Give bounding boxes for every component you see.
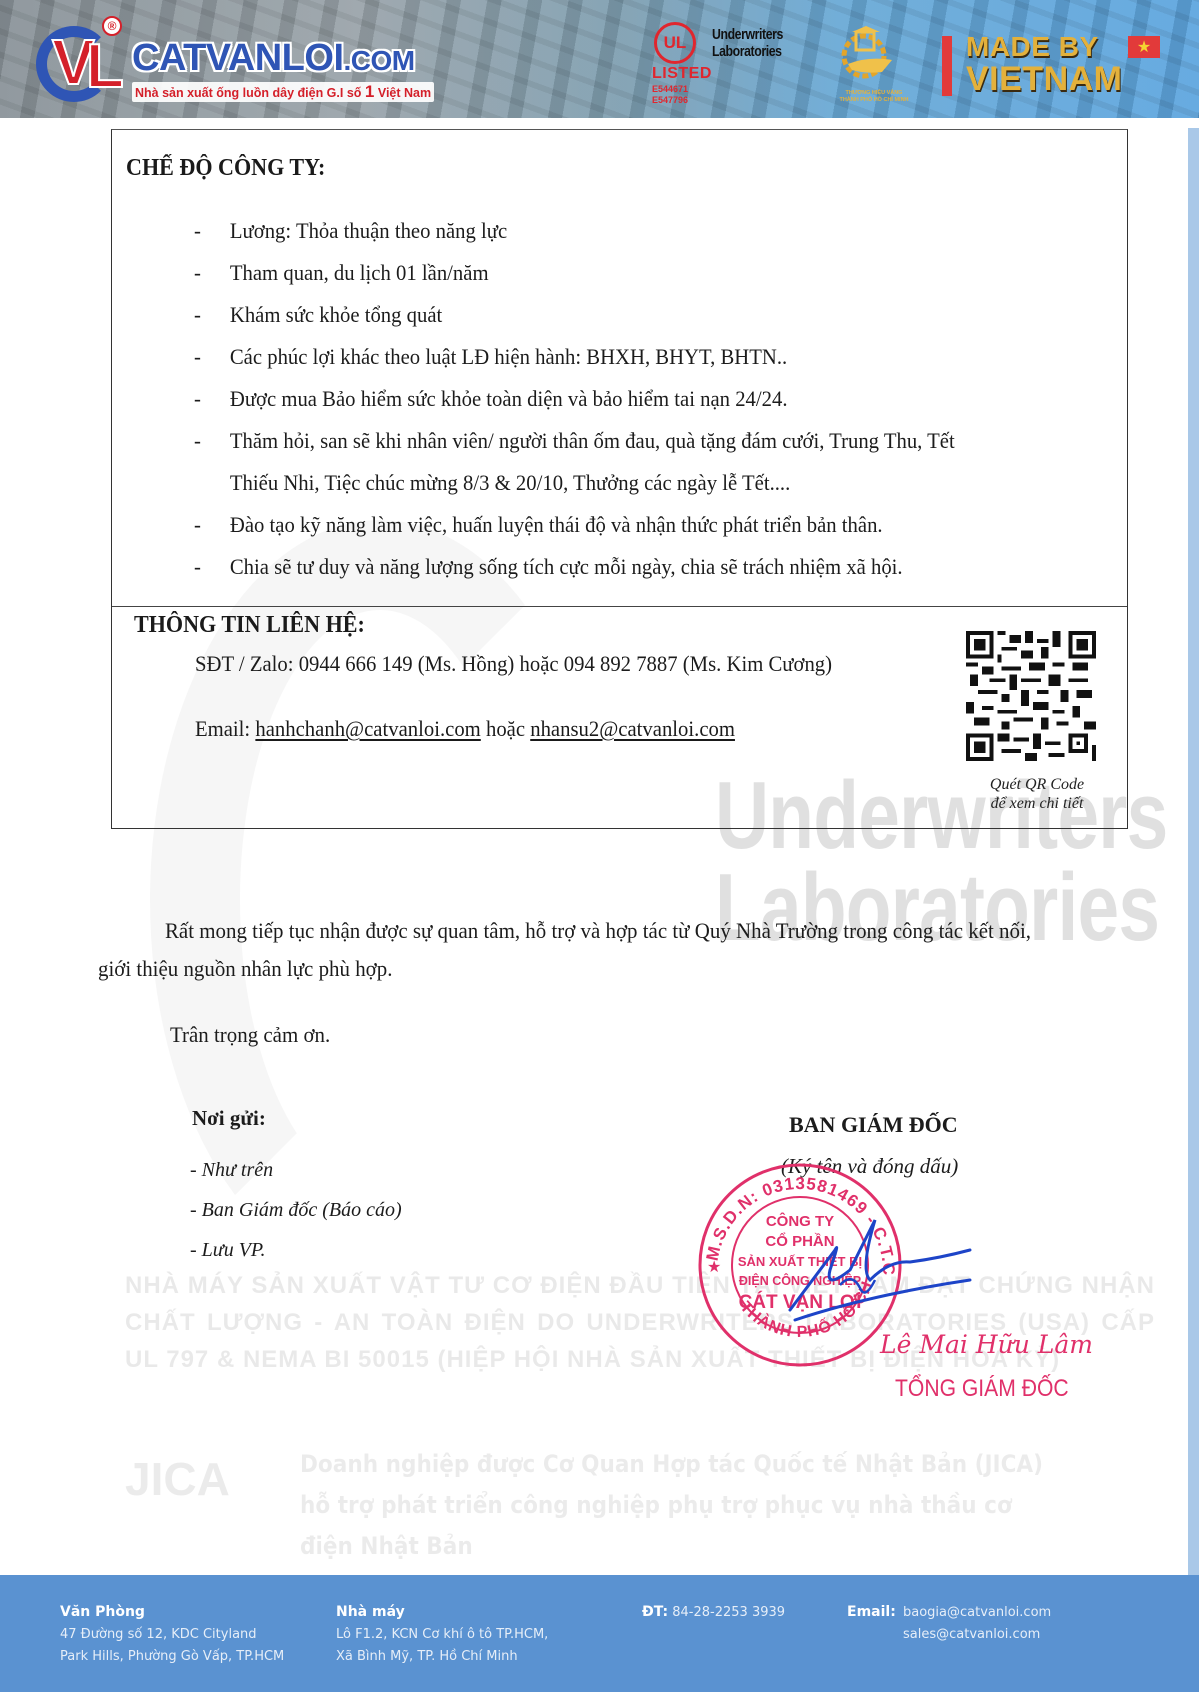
benefit-item-continuation: Thiếu Nhi, Tiệc chúc mừng 8/3 & 20/10, T… [194, 462, 1040, 504]
ul-org-line: Underwriters [712, 26, 783, 43]
benefit-text: Được mua Bảo hiểm sức khỏe toàn diện và … [230, 386, 788, 411]
ul-org-line: Laboratories [712, 43, 783, 60]
ul-code: E547796 [652, 95, 688, 106]
benefits-list: -Lương: Thỏa thuận theo năng lực -Tham q… [194, 210, 1114, 588]
golden-brand-caption: THƯƠNG HIỆU VÀNG THÀNH PHỐ HỒ CHÍ MINH [824, 90, 924, 104]
or-text: hoặc [514, 651, 563, 676]
tagline-number: 1 [365, 82, 374, 101]
benefit-text: Chia sẽ tư duy và năng lượng sống tích c… [230, 554, 903, 579]
made-by-vietnam-text: MADE BY VIETNAM [966, 32, 1123, 96]
benefit-text: Thiếu Nhi, Tiệc chúc mừng 8/3 & 20/10, T… [230, 470, 790, 495]
footer-factory: Nhà máy Lô F1.2, KCN Cơ khí ô tô TP.HCM,… [336, 1601, 548, 1668]
qr-caption-line: để xem chi tiết [974, 794, 1100, 813]
office-address-line: 47 Đường số 12, KDC Cityland [60, 1627, 257, 1642]
footer-office: Văn Phòng 47 Đường số 12, KDC Cityland P… [60, 1601, 284, 1668]
ul-organization-name: Underwriters Laboratories [712, 26, 783, 60]
bullet-dash: - [194, 546, 201, 588]
contact-email-line: Email: hanhchanh@catvanloi.com hoặc nhan… [195, 716, 735, 742]
section-divider [112, 606, 1127, 607]
made-by-vietnam-badge: MADE BY VIETNAM ★ [942, 32, 1162, 104]
catvanloi-logo[interactable]: V L ® CATVANLOI.COM Nhà sản xuất ống luồ… [36, 16, 436, 108]
brand-domain-suffix: .COM [344, 45, 415, 76]
brand-name: CATVANLOI.COM [132, 38, 415, 81]
golden-brand-line: THƯƠNG HIỆU VÀNG [824, 90, 924, 97]
benefits-heading: CHẾ ĐỘ CÔNG TY: [126, 155, 325, 182]
tagline-suffix: Việt Nam [374, 86, 431, 100]
made-by-line: MADE BY [966, 31, 1099, 62]
benefit-item: -Khám sức khỏe tổng quát [194, 294, 1040, 336]
recipients-list: - Như trên - Ban Giám đốc (Báo cáo) - Lư… [190, 1150, 402, 1270]
benefit-text: Thăm hỏi, san sẽ khi nhân viên/ người th… [230, 428, 955, 453]
handwritten-signature [780, 1210, 980, 1330]
tagline-prefix: Nhà sản xuất ống luồn dây điện G.I số [135, 86, 365, 100]
ul-file-numbers: E544671 E547796 [652, 84, 688, 106]
recipient-item: - Lưu VP. [190, 1230, 402, 1270]
letterhead-banner: V L ® CATVANLOI.COM Nhà sản xuất ống luồ… [0, 0, 1199, 128]
benefit-text: Tham quan, du lịch 01 lần/năm [230, 260, 489, 285]
right-page-edge [1188, 128, 1199, 1575]
office-heading: Văn Phòng [60, 1604, 145, 1620]
recipient-item: - Như trên [190, 1150, 402, 1190]
benefit-item: -Các phúc lợi khác theo luật LĐ hiện hàn… [194, 336, 1040, 378]
footer-email-baogia[interactable]: baogia@catvanloi.com [903, 1605, 1051, 1620]
footer-phone: ĐT: 84-28-2253 3939 [642, 1601, 785, 1624]
contact-heading: THÔNG TIN LIÊN HỆ: [134, 612, 365, 639]
factory-heading: Nhà máy [336, 1604, 405, 1620]
benefit-item: -Thăm hỏi, san sẽ khi nhân viên/ người t… [194, 420, 1040, 462]
ul-listed-label: LISTED [652, 66, 712, 82]
bullet-dash: - [194, 378, 201, 420]
golden-brand-badge: THƯƠNG HIỆU VÀNG THÀNH PHỐ HỒ CHÍ MINH [828, 26, 918, 118]
closing-paragraph: Rất mong tiếp tục nhận được sự quan tâm,… [98, 912, 1056, 988]
contact-phone-line: SĐT / Zalo: 0944 666 149 (Ms. Hồng) hoặc… [195, 651, 832, 677]
footer-email-sales[interactable]: sales@catvanloi.com [847, 1624, 1051, 1646]
ul-code: E544671 [652, 84, 688, 95]
brand-text: CATVANLOI [132, 37, 344, 79]
watermark-certification-text: NHÀ MÁY SẢN XUẤT VẬT TƯ CƠ ĐIỆN ĐẦU TIÊN… [125, 1267, 1155, 1378]
qr-caption: Quét QR Code để xem chi tiết [974, 775, 1100, 813]
email-link-hanhchanh[interactable]: hanhchanh@catvanloi.com [255, 716, 480, 741]
benefit-item: -Lương: Thỏa thuận theo năng lực [194, 210, 1040, 252]
ul-logo-icon: UL [654, 22, 696, 64]
bullet-dash: - [194, 210, 201, 252]
vietnam-line: VIETNAM [966, 62, 1123, 96]
benefit-item: -Được mua Bảo hiểm sức khỏe toàn diện và… [194, 378, 1040, 420]
board-of-directors-title: BAN GIÁM ĐỐC [789, 1112, 958, 1138]
phone-number-1[interactable]: 0944 666 149 (Ms. Hồng) [299, 651, 515, 676]
thanks-line: Trân trọng cảm ơn. [170, 1022, 330, 1048]
bullet-dash: - [194, 504, 201, 546]
paper-edge [0, 118, 1199, 128]
qr-code[interactable] [965, 631, 1097, 761]
email-link-nhansu2[interactable]: nhansu2@catvanloi.com [530, 716, 735, 741]
paper-bottom-edge [0, 1692, 1199, 1697]
registered-trademark-icon: ® [102, 16, 122, 36]
watermark-jica-logo: JICA [125, 1455, 230, 1503]
vietnam-flag-icon: ★ [1128, 36, 1160, 58]
brand-tagline: Nhà sản xuất ống luồn dây điện G.I số 1 … [132, 82, 434, 102]
phone-label: ĐT: [642, 1604, 668, 1620]
benefit-text: Đào tạo kỹ năng làm việc, huấn luyện thá… [230, 512, 883, 537]
letterhead-footer: Văn Phòng 47 Đường số 12, KDC Cityland P… [0, 1575, 1199, 1697]
recipients-heading: Nơi gửi: [192, 1106, 266, 1131]
qr-caption-line: Quét QR Code [974, 775, 1100, 794]
office-address-line: Park Hills, Phường Gò Vấp, TP.HCM [60, 1649, 284, 1664]
phone-number-2[interactable]: 094 892 7887 (Ms. Kim Cương) [564, 651, 832, 676]
benefit-text: Lương: Thỏa thuận theo năng lực [230, 218, 507, 243]
footer-phone-number[interactable]: 84-28-2253 3939 [668, 1605, 785, 1620]
email-label: Email: [195, 716, 255, 741]
benefit-item: -Đào tạo kỹ năng làm việc, huấn luyện th… [194, 504, 1040, 546]
logo-letter-l: L [86, 36, 124, 98]
recipient-item: - Ban Giám đốc (Báo cáo) [190, 1190, 402, 1230]
phone-label: SĐT / Zalo: [195, 651, 299, 676]
bullet-dash: - [194, 420, 201, 462]
red-accent-bar [942, 36, 952, 96]
benefit-item: -Chia sẽ tư duy và năng lượng sống tích … [194, 546, 1040, 588]
or-text: hoặc [481, 716, 530, 741]
bullet-dash: - [194, 294, 201, 336]
signer-name: Lê Mai Hữu Lâm [880, 1330, 1093, 1359]
footer-email: Email:baogia@catvanloi.com sales@catvanl… [847, 1601, 1051, 1646]
bullet-dash: - [194, 252, 201, 294]
benefit-text: Khám sức khỏe tổng quát [230, 302, 442, 327]
benefit-item: -Tham quan, du lịch 01 lần/năm [194, 252, 1040, 294]
bullet-dash: - [194, 336, 201, 378]
cvl-logo-icon: V L ® [36, 22, 126, 104]
factory-address-line: Xã Bình Mỹ, TP. Hồ Chí Minh [336, 1649, 518, 1664]
signer-title: TỔNG GIÁM ĐỐC [895, 1376, 1069, 1402]
factory-address-line: Lô F1.2, KCN Cơ khí ô tô TP.HCM, [336, 1627, 548, 1642]
watermark-jica-text: Doanh nghiệp được Cơ Quan Hợp tác Quốc t… [300, 1444, 1056, 1567]
golden-brand-line: THÀNH PHỐ HỒ CHÍ MINH [824, 97, 924, 104]
company-info-box: CHẾ ĐỘ CÔNG TY: -Lương: Thỏa thuận theo … [111, 129, 1128, 829]
benefit-text: Các phúc lợi khác theo luật LĐ hiện hành… [230, 344, 787, 369]
ul-listed-badge: UL LISTED E544671 E547796 Underwriters L… [652, 22, 802, 118]
golden-brand-icon [838, 26, 896, 82]
svg-text:★: ★ [707, 1259, 721, 1276]
email-label: Email: [847, 1601, 903, 1623]
